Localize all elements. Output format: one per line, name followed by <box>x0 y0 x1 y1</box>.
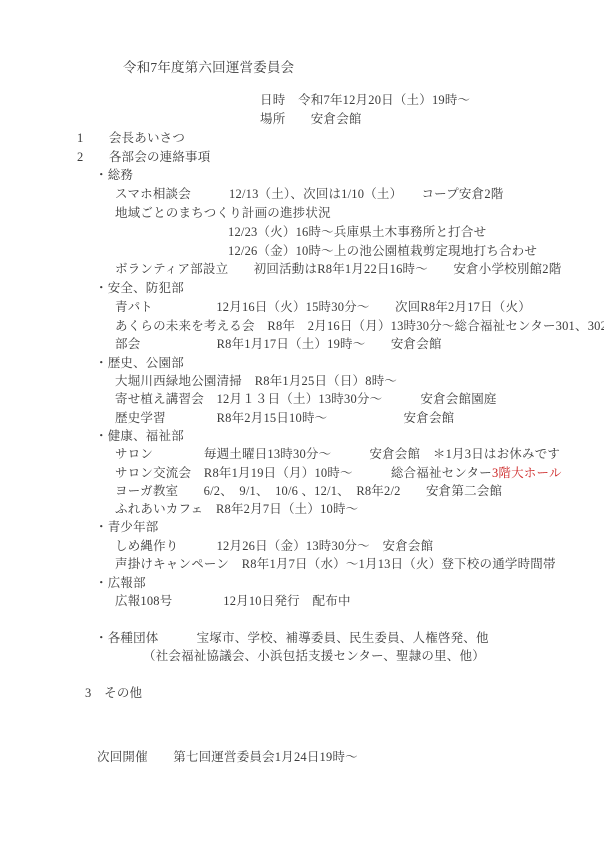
agenda-item-1: 1 会長あいさつ <box>77 131 185 146</box>
row-akura-mirai: あくらの未来を考える会 R8年 2月16日（月）13時30分～総合福祉センター3… <box>115 319 604 334</box>
row-aopato: 青パト 12月16日（火）15時30分～ 次回R8年2月17日（火） <box>115 300 531 315</box>
agenda-item-3: 3 その他 <box>85 686 142 701</box>
row-salon-kouryukai-text: サロン交流会 R8年1月19日（月）10時～ 総合福祉センター <box>115 466 492 480</box>
agenda-item-2: 2 各部会の連絡事項 <box>77 150 210 165</box>
row-kakushu-dantai-sub: （社会福祉協議会、小浜包括支援センター、聖隷の里、他） <box>143 649 485 664</box>
row-koho-108: 広報108号 12月10日発行 配布中 <box>115 594 351 609</box>
row-shimenawa: しめ縄作り 12月26日（金）13時30分～ 安倉会館 <box>115 539 433 554</box>
row-kouen-seisou: 大堀川西緑地公園清掃 R8年1月25日（日）8時～ <box>115 374 397 389</box>
section-heading-kenko-fukushi: ・健康、福祉部 <box>95 429 184 444</box>
meeting-agenda-document: 令和7年度第六回運営委員会 日時 令和7年12月20日（土）19時～ 場所 安倉… <box>0 0 604 857</box>
row-salon: サロン 毎週土曜日13時30分～ 安倉会館 ＊1月3日はお休みです <box>115 447 560 462</box>
section-heading-seishonen: ・青少年部 <box>95 520 159 535</box>
row-bukai: 部会 R8年1月17日（土）19時～ 安倉会館 <box>115 337 442 352</box>
row-rekishi-gakushu: 歴史学習 R8年2月15日10時～ 安倉会館 <box>115 411 454 426</box>
section-heading-koho: ・広報部 <box>95 576 146 591</box>
meta-place: 場所 安倉会館 <box>260 112 362 127</box>
row-kakushu-dantai: ・各種団体 宝塚市、学校、補導委員、民生委員、人権啓発、他 <box>95 631 489 646</box>
row-machizukuri-sub2: 12/26（金）10時～上の池公園植栽剪定現地打ち合わせ <box>228 244 537 259</box>
row-fureai-cafe: ふれあいカフェ R8年2月7日（土）10時～ <box>115 502 358 517</box>
row-salon-kouryukai: サロン交流会 R8年1月19日（月）10時～ 総合福祉センター3階大ホール <box>115 466 562 481</box>
row-yoseue-koushukai: 寄せ植え講習会 12月１３日（土）13時30分～ 安倉会館園庭 <box>115 392 497 407</box>
row-koekake-campaign: 声掛けキャンペーン R8年1月7日（水）～1月13日（火）登下校の通学時間帯 <box>115 557 556 572</box>
section-heading-anzen-bouhan: ・安全、防犯部 <box>95 281 184 296</box>
meta-datetime: 日時 令和7年12月20日（土）19時～ <box>260 93 470 108</box>
section-heading-rekishi-kouen: ・歴史、公園部 <box>95 356 184 371</box>
row-volunteer-bu: ボランティア部設立 初回活動はR8年1月22日16時～ 安倉小学校別館2階 <box>115 262 561 277</box>
row-machizukuri: 地域ごとのまちつくり計画の進捗状況 <box>115 206 331 221</box>
section-heading-soumu: ・総務 <box>95 168 133 183</box>
row-salon-kouryukai-highlight: 3階大ホール <box>492 466 562 480</box>
next-meeting-row: 次回開催 第七回運営委員会1月24日19時～ <box>97 750 358 765</box>
document-title: 令和7年度第六回運営委員会 <box>123 60 294 75</box>
row-sumaho-soudankai: スマホ相談会 12/13（土）、次回は1/10（土） コープ安倉2階 <box>115 187 503 202</box>
row-yoga-kyoshitsu: ヨーガ教室 6/2、 9/1、 10/6 、12/1、 R8年2/2 安倉第二会… <box>115 484 502 499</box>
row-machizukuri-sub1: 12/23（火）16時～兵庫県土木事務所と打合せ <box>228 225 486 240</box>
